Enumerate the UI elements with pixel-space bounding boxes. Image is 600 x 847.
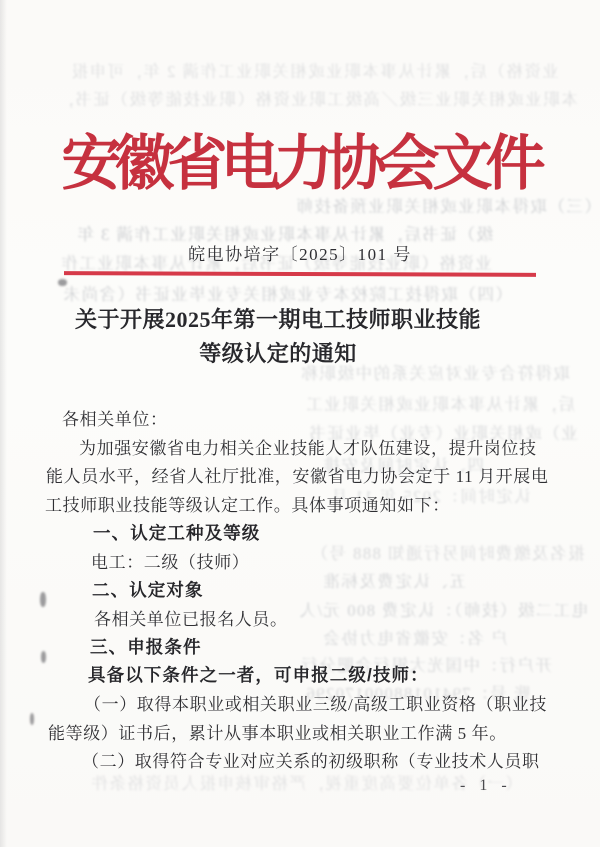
- scan-smudge: [30, 713, 34, 725]
- document-number: 皖电协培字〔2025〕101 号: [0, 240, 600, 265]
- notice-title: 关于开展2025年第一期电工技师职业技能 等级认定的通知: [0, 303, 556, 371]
- scan-smudge: [40, 592, 46, 607]
- body-line: （一）取得本职业或相关职业三级/高级工职业资格（职业技: [84, 690, 547, 715]
- notice-title-line2: 等级认定的通知: [0, 337, 556, 371]
- bleedthrough-line: 户 名：安徽省电力协会: [322, 625, 508, 649]
- body-line: 具备以下条件之一者，可申报二级/技师：: [88, 662, 429, 687]
- bleedthrough-line: 报名及缴费时间另行通知 888 号）: [310, 540, 585, 564]
- body-line: （二）取得符合专业对应关系的初级职称（专业技术人员职: [82, 747, 540, 772]
- page-number: - 1 -: [460, 777, 512, 795]
- bleedthrough-line: 电工二级（技师）：认定费 800 元/人: [298, 597, 588, 621]
- body-line: 电工：二级（技师）: [91, 548, 249, 573]
- scan-smudge: [58, 279, 67, 286]
- notice-title-line1: 关于开展2025年第一期电工技师职业技能: [0, 303, 556, 337]
- body-line: 能等级）证书后，累计从事本职业或相关职业工作满 5 年。: [48, 719, 507, 744]
- body-line: 能人员水平，经省人社厅批准，安徽省电力协会定于 11 月开展电: [46, 462, 548, 487]
- body-line: 各相关单位：: [62, 405, 168, 430]
- scan-smudge: [41, 651, 46, 663]
- red-divider-line: [64, 271, 536, 277]
- bleedthrough-line: 业资格）后，累计从事本职业或相关职业工作满 2 年，可申报: [70, 58, 559, 82]
- body-line: 为加强安徽省电力相关企业技能人才队伍建设，提升岗位技: [79, 434, 537, 459]
- scanned-document-page: 业资格）后，累计从事本职业或相关职业工作满 2 年，可申报本职业或相关职业三级／…: [0, 0, 600, 847]
- bleedthrough-line: （四）取得技工院校本专业或相关专业毕业证书（含尚未: [62, 281, 512, 305]
- bleedthrough-line: 后，累计从事本职业或相关职业工: [305, 391, 575, 415]
- body-line: 工技师职业技能等级认定工作。具体事项通知如下：: [45, 491, 450, 516]
- body-line: 一、认定工种及等级: [93, 520, 260, 545]
- letterhead-org-title: 安徽省电力协会文件: [0, 116, 600, 202]
- body-line: 各相关单位已报名人员。: [94, 605, 288, 630]
- bleedthrough-line: （一）各单位要高度重视，严格审核申报人员资格条件: [90, 770, 522, 794]
- body-line: 二、认定对象: [92, 577, 204, 602]
- body-line: 三、申报条件: [90, 634, 202, 659]
- bleedthrough-line: 本职业或相关职业三级／高级工职业资格（职业技能等级）证书，: [56, 86, 578, 110]
- bleedthrough-line: 五、认定费及标准: [322, 568, 466, 592]
